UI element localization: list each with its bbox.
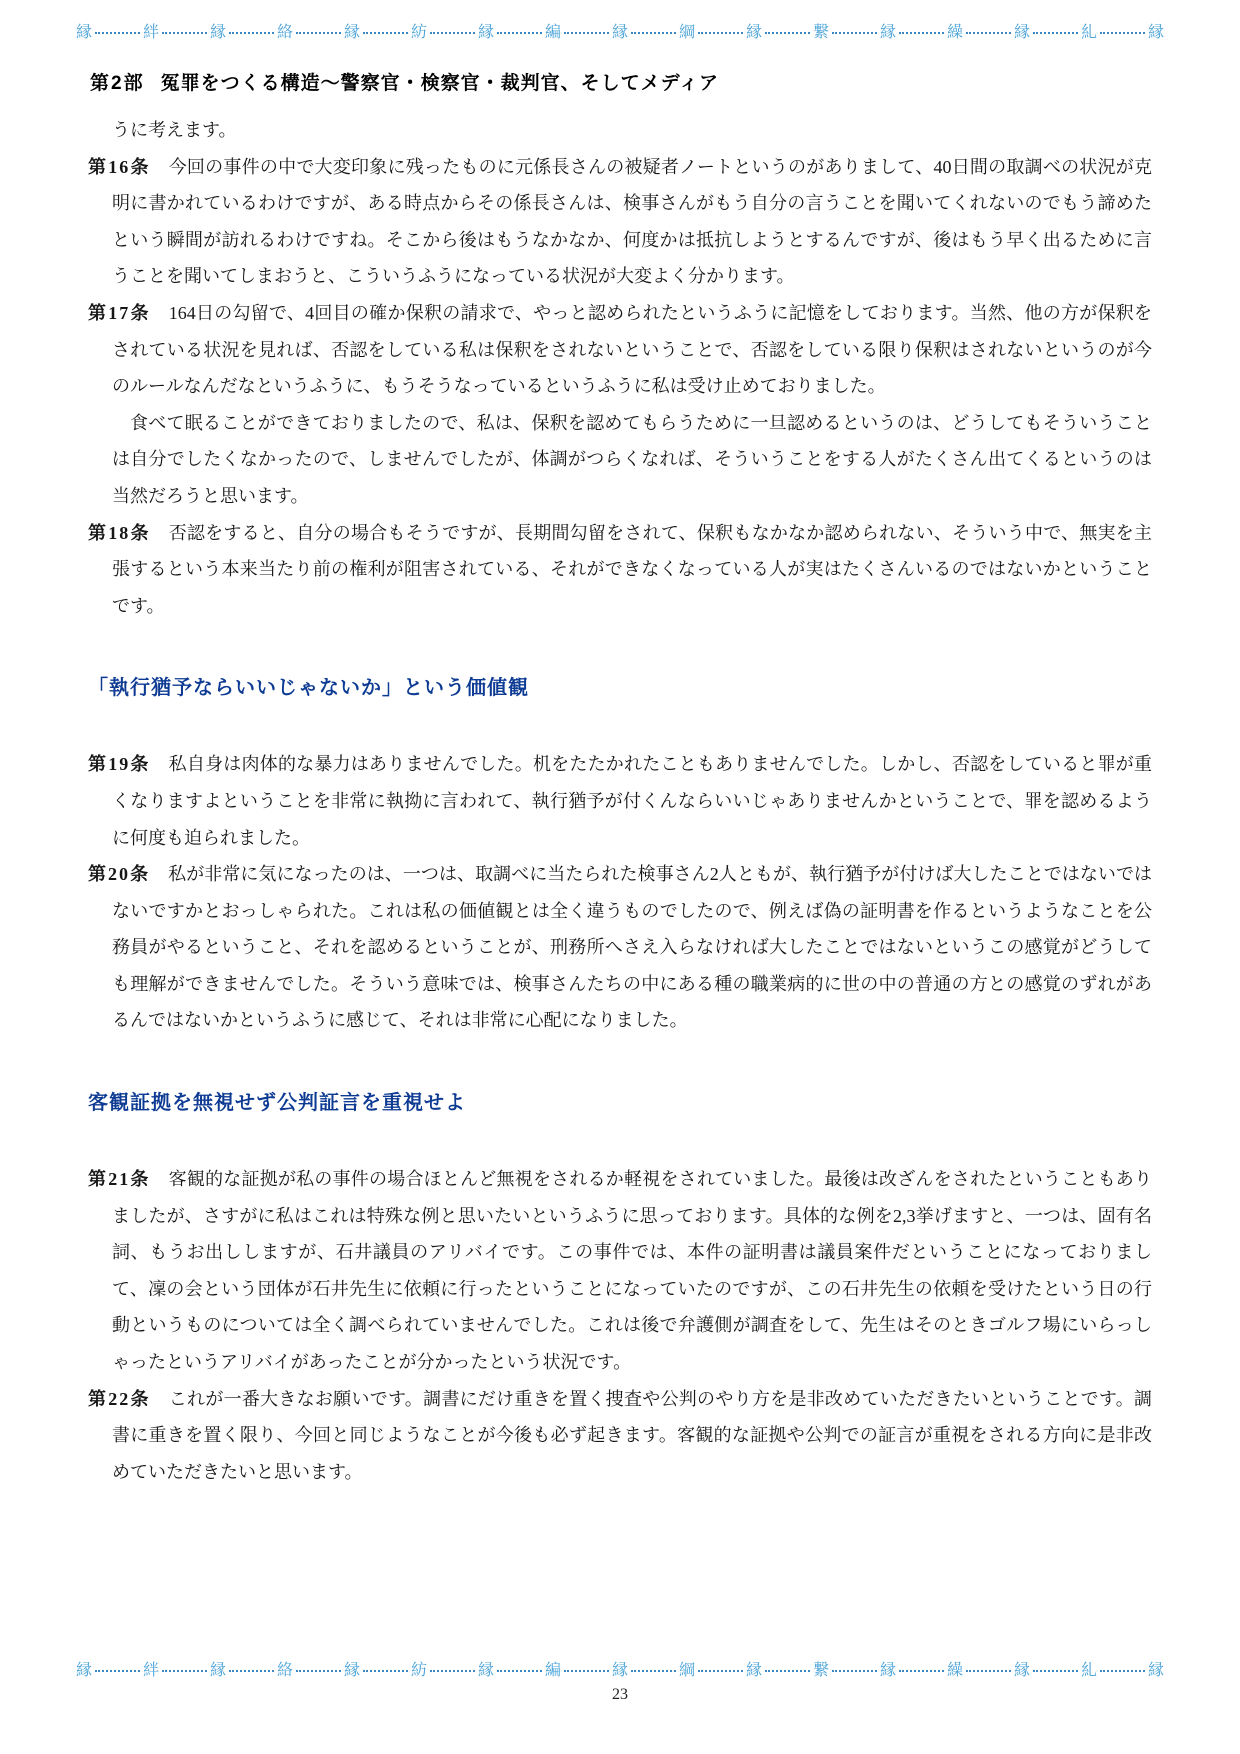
dotted-leader-line: [966, 1670, 1011, 1672]
dotted-leader-line: [229, 32, 274, 34]
dotted-leader-line: [430, 1670, 475, 1672]
border-kanji: 編: [545, 25, 561, 41]
article-number-label: 第17条: [88, 303, 151, 323]
dotted-leader-line: [296, 1670, 341, 1672]
border-kanji: 縁: [880, 1663, 896, 1679]
section-heading: 客観証拠を無視せず公判証言を重視せよ: [88, 1089, 1152, 1117]
dotted-leader-line: [966, 32, 1011, 34]
border-kanji: 縁: [880, 25, 896, 41]
border-kanji: 縁: [478, 1663, 494, 1679]
border-kanji: 縁: [478, 25, 494, 41]
dotted-leader-line: [765, 32, 810, 34]
border-kanji: 綱: [679, 1663, 695, 1679]
border-kanji: 紡: [411, 25, 427, 41]
border-kanji: 繰: [947, 25, 963, 41]
document-page: 縁絆縁絡縁紡縁編縁綱縁繋縁繰縁糺縁 第2部冤罪をつくる構造～警察官・検察官・裁判…: [0, 0, 1240, 1754]
article-paragraph: 第17条164日の勾留で、4回目の確か保釈の請求で、やっと認められたというふうに…: [88, 295, 1152, 405]
border-kanji: 綱: [679, 25, 695, 41]
article-paragraph: 第21条客観的な証拠が私の事件の場合ほとんど無視をされるか軽視をされていました。…: [88, 1161, 1152, 1381]
border-kanji: 縁: [344, 25, 360, 41]
dotted-leader-line: [899, 32, 944, 34]
dotted-leader-line: [698, 32, 743, 34]
dotted-leader-line: [430, 32, 475, 34]
article-paragraph: 第16条今回の事件の中で大変印象に残ったものに元係長さんの被疑者ノートというのが…: [88, 149, 1152, 295]
article-number-label: 第19条: [88, 754, 151, 774]
dotted-leader-line: [363, 1670, 408, 1672]
dotted-leader-line: [1100, 1670, 1145, 1672]
dotted-leader-line: [296, 32, 341, 34]
dotted-leader-line: [229, 1670, 274, 1672]
border-kanji: 編: [545, 1663, 561, 1679]
border-kanji: 紡: [411, 1663, 427, 1679]
border-kanji: 繋: [813, 1663, 829, 1679]
dotted-leader-line: [832, 32, 877, 34]
border-kanji: 縁: [1148, 25, 1164, 41]
border-kanji: 糺: [1081, 25, 1097, 41]
dotted-leader-line: [1033, 32, 1078, 34]
border-kanji: 縁: [746, 25, 762, 41]
border-kanji: 縁: [746, 1663, 762, 1679]
border-kanji: 糺: [1081, 1663, 1097, 1679]
dotted-leader-line: [564, 1670, 609, 1672]
body-paragraph: うに考えます。: [88, 112, 1152, 149]
part-number-label: 第2部: [90, 73, 145, 94]
dotted-leader-line: [162, 1670, 207, 1672]
border-kanji: 縁: [76, 25, 92, 41]
article-number-label: 第16条: [88, 157, 151, 177]
dotted-leader-line: [162, 32, 207, 34]
border-kanji: 絆: [143, 1663, 159, 1679]
article-paragraph: 第18条否認をすると、自分の場合もそうですが、長期間勾留をされて、保釈もなかなか…: [88, 515, 1152, 625]
decorative-border-top: 縁絆縁絡縁紡縁編縁綱縁繋縁繰縁糺縁: [76, 20, 1164, 46]
dotted-leader-line: [564, 32, 609, 34]
border-kanji: 縁: [612, 1663, 628, 1679]
part-header: 第2部冤罪をつくる構造～警察官・検察官・裁判官、そしてメディア: [90, 68, 719, 95]
article-paragraph: 第22条これが一番大きなお願いです。調書にだけ重きを置く捜査や公判のやり方を是非…: [88, 1381, 1152, 1491]
article-number-label: 第20条: [88, 864, 150, 884]
border-kanji: 絡: [277, 25, 293, 41]
dotted-leader-line: [1100, 32, 1145, 34]
border-kanji: 絡: [277, 1663, 293, 1679]
dotted-leader-line: [631, 32, 676, 34]
border-kanji: 縁: [1014, 25, 1030, 41]
border-kanji: 縁: [344, 1663, 360, 1679]
border-kanji: 縁: [210, 25, 226, 41]
page-number: 23: [0, 1686, 1240, 1704]
decorative-border-bottom: 縁絆縁絡縁紡縁編縁綱縁繋縁繰縁糺縁: [76, 1658, 1164, 1684]
dotted-leader-line: [1033, 1670, 1078, 1672]
border-kanji: 縁: [1014, 1663, 1030, 1679]
dotted-leader-line: [899, 1670, 944, 1672]
border-kanji: 繋: [813, 25, 829, 41]
dotted-leader-line: [363, 32, 408, 34]
border-kanji: 縁: [76, 1663, 92, 1679]
dotted-leader-line: [497, 32, 542, 34]
body-content: うに考えます。第16条今回の事件の中で大変印象に残ったものに元係長さんの被疑者ノ…: [88, 112, 1152, 1490]
border-kanji: 繰: [947, 1663, 963, 1679]
article-number-label: 第18条: [88, 523, 151, 543]
dotted-leader-line: [95, 32, 140, 34]
dotted-leader-line: [631, 1670, 676, 1672]
dotted-leader-line: [765, 1670, 810, 1672]
border-kanji: 縁: [210, 1663, 226, 1679]
dotted-leader-line: [497, 1670, 542, 1672]
section-heading: 「執行猶予ならいいじゃないか」という価値観: [88, 674, 1152, 702]
border-kanji: 絆: [143, 25, 159, 41]
article-number-label: 第22条: [88, 1389, 151, 1409]
dotted-leader-line: [95, 1670, 140, 1672]
border-kanji: 縁: [1148, 1663, 1164, 1679]
dotted-leader-line: [832, 1670, 877, 1672]
article-paragraph: 第19条私自身は肉体的な暴力はありませんでした。机をたたかれたこともありませんで…: [88, 746, 1152, 856]
dotted-leader-line: [698, 1670, 743, 1672]
article-number-label: 第21条: [88, 1169, 151, 1189]
part-title: 冤罪をつくる構造～警察官・検察官・裁判官、そしてメディア: [161, 73, 719, 94]
border-kanji: 縁: [612, 25, 628, 41]
article-paragraph: 第20条私が非常に気になったのは、一つは、取調べに当たられた検事さん2人ともが、…: [88, 856, 1152, 1039]
body-paragraph: 食べて眠ることができておりましたので、私は、保釈を認めてもらうために一旦認めると…: [88, 405, 1152, 515]
